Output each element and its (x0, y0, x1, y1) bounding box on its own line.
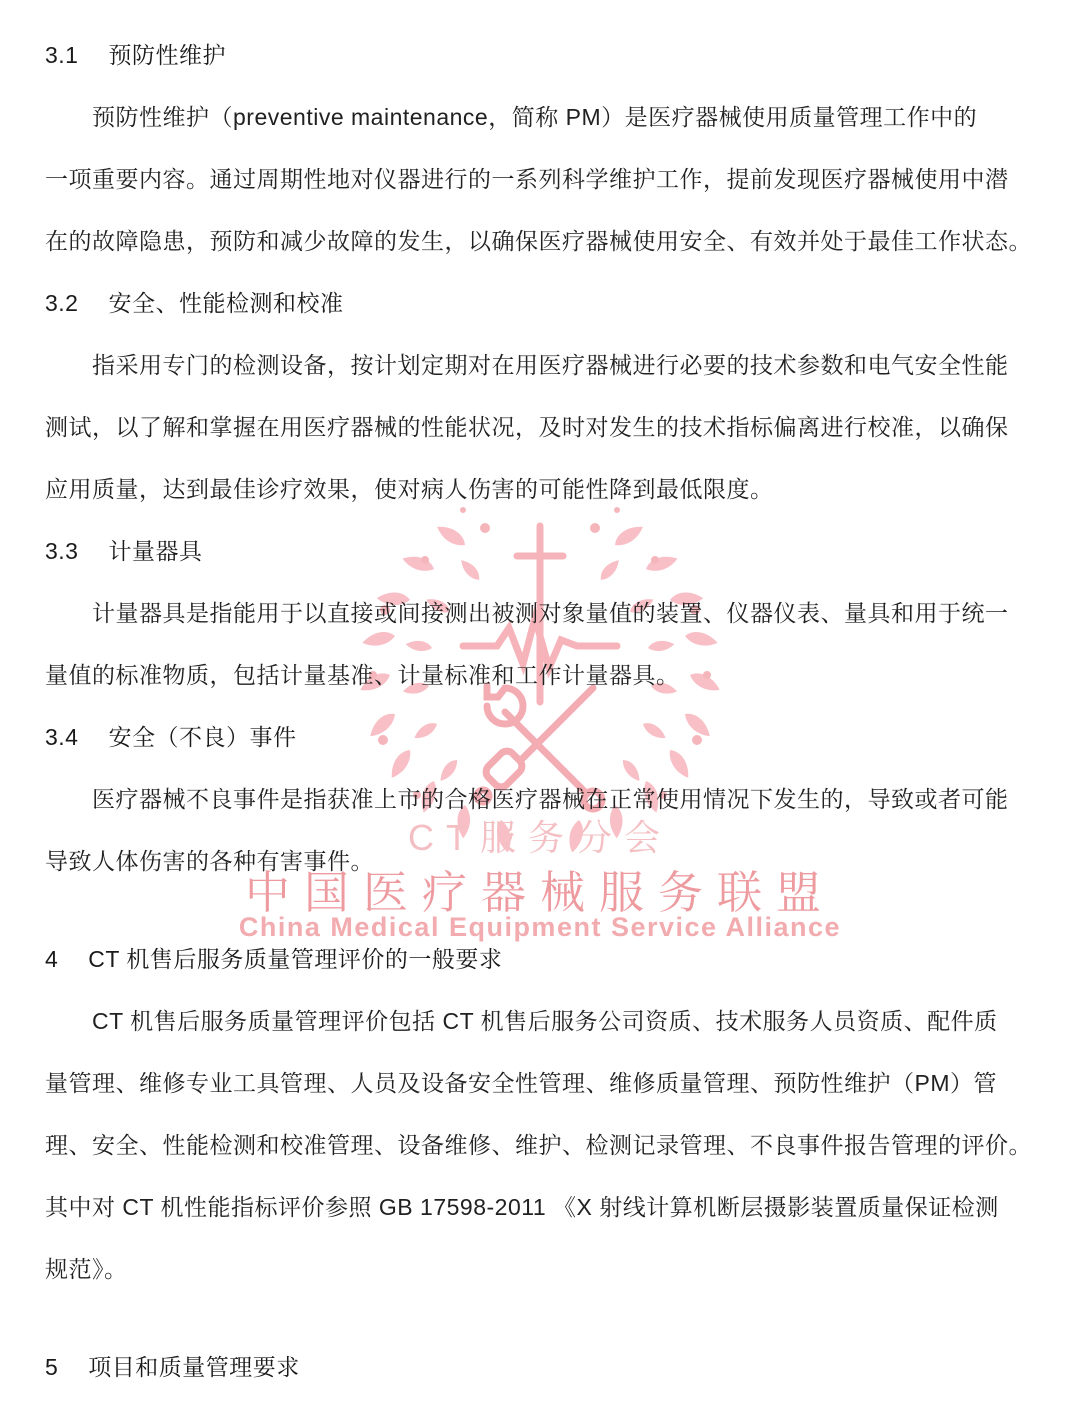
paragraph-gap (45, 1300, 1035, 1336)
text-line: 预防性维护（preventive maintenance，简称 PM）是医疗器械… (45, 86, 1035, 148)
section-number: 3.4 (45, 706, 78, 768)
section-number: 3.2 (45, 272, 78, 334)
section-number: 3.3 (45, 520, 78, 582)
section-title: CT 机售后服务质量管理评价的一般要求 (88, 946, 502, 972)
text-line: 在的故障隐患，预防和减少故障的发生，以确保医疗器械使用安全、有效并处于最佳工作状… (45, 210, 1035, 272)
section-number: 5 (45, 1336, 58, 1398)
section-title: 安全、性能检测和校准 (108, 290, 343, 316)
text-line: 导致人体伤害的各种有害事件。 (45, 830, 1035, 892)
section-title: 计量器具 (108, 538, 202, 564)
section-number: 3.1 (45, 24, 78, 86)
section-heading: 3.2安全、性能检测和校准 (45, 272, 1035, 334)
section-title: 项目和质量管理要求 (88, 1354, 300, 1380)
text-line: 应用质量，达到最佳诊疗效果，使对病人伤害的可能性降到最低限度。 (45, 458, 1035, 520)
text-line: 量值的标准物质，包括计量基准、计量标准和工作计量器具。 (45, 644, 1035, 706)
section-heading: 3.1预防性维护 (45, 24, 1035, 86)
section-heading: 4CT 机售后服务质量管理评价的一般要求 (45, 928, 1035, 990)
text-line: 测试，以了解和掌握在用医疗器械的性能状况，及时对发生的技术指标偏离进行校准，以确… (45, 396, 1035, 458)
text-line: 医疗器械不良事件是指获准上市的合格医疗器械在正常使用情况下发生的，导致或者可能 (45, 768, 1035, 830)
document-page: CT服务分会 中国医疗器械服务联盟 China Medical Equipmen… (0, 0, 1080, 1401)
text-line: 规范》。 (45, 1238, 1035, 1300)
paragraph-gap (45, 892, 1035, 928)
section-number: 4 (45, 928, 58, 990)
section-title: 预防性维护 (108, 42, 226, 68)
text-line: 其中对 CT 机性能指标评价参照 GB 17598-2011 《X 射线计算机断… (45, 1176, 1035, 1238)
text-line: CT 机售后服务质量管理评价包括 CT 机售后服务公司资质、技术服务人员资质、配… (45, 990, 1035, 1052)
text-line: 理、安全、性能检测和校准管理、设备维修、维护、检测记录管理、不良事件报告管理的评… (45, 1114, 1035, 1176)
section-heading: 5项目和质量管理要求 (45, 1336, 1035, 1398)
text-line: 计量器具是指能用于以直接或间接测出被测对象量值的装置、仪器仪表、量具和用于统一 (45, 582, 1035, 644)
text-line: 一项重要内容。通过周期性地对仪器进行的一系列科学维护工作，提前发现医疗器械使用中… (45, 148, 1035, 210)
text-line: 量管理、维修专业工具管理、人员及设备安全性管理、维修质量管理、预防性维护（PM）… (45, 1052, 1035, 1114)
section-title: 安全（不良）事件 (108, 724, 296, 750)
text-line: 指采用专门的检测设备，按计划定期对在用医疗器械进行必要的技术参数和电气安全性能 (45, 334, 1035, 396)
document-body: 3.1预防性维护预防性维护（preventive maintenance，简称 … (0, 0, 1080, 1401)
section-heading: 3.4安全（不良）事件 (45, 706, 1035, 768)
section-heading: 3.3计量器具 (45, 520, 1035, 582)
